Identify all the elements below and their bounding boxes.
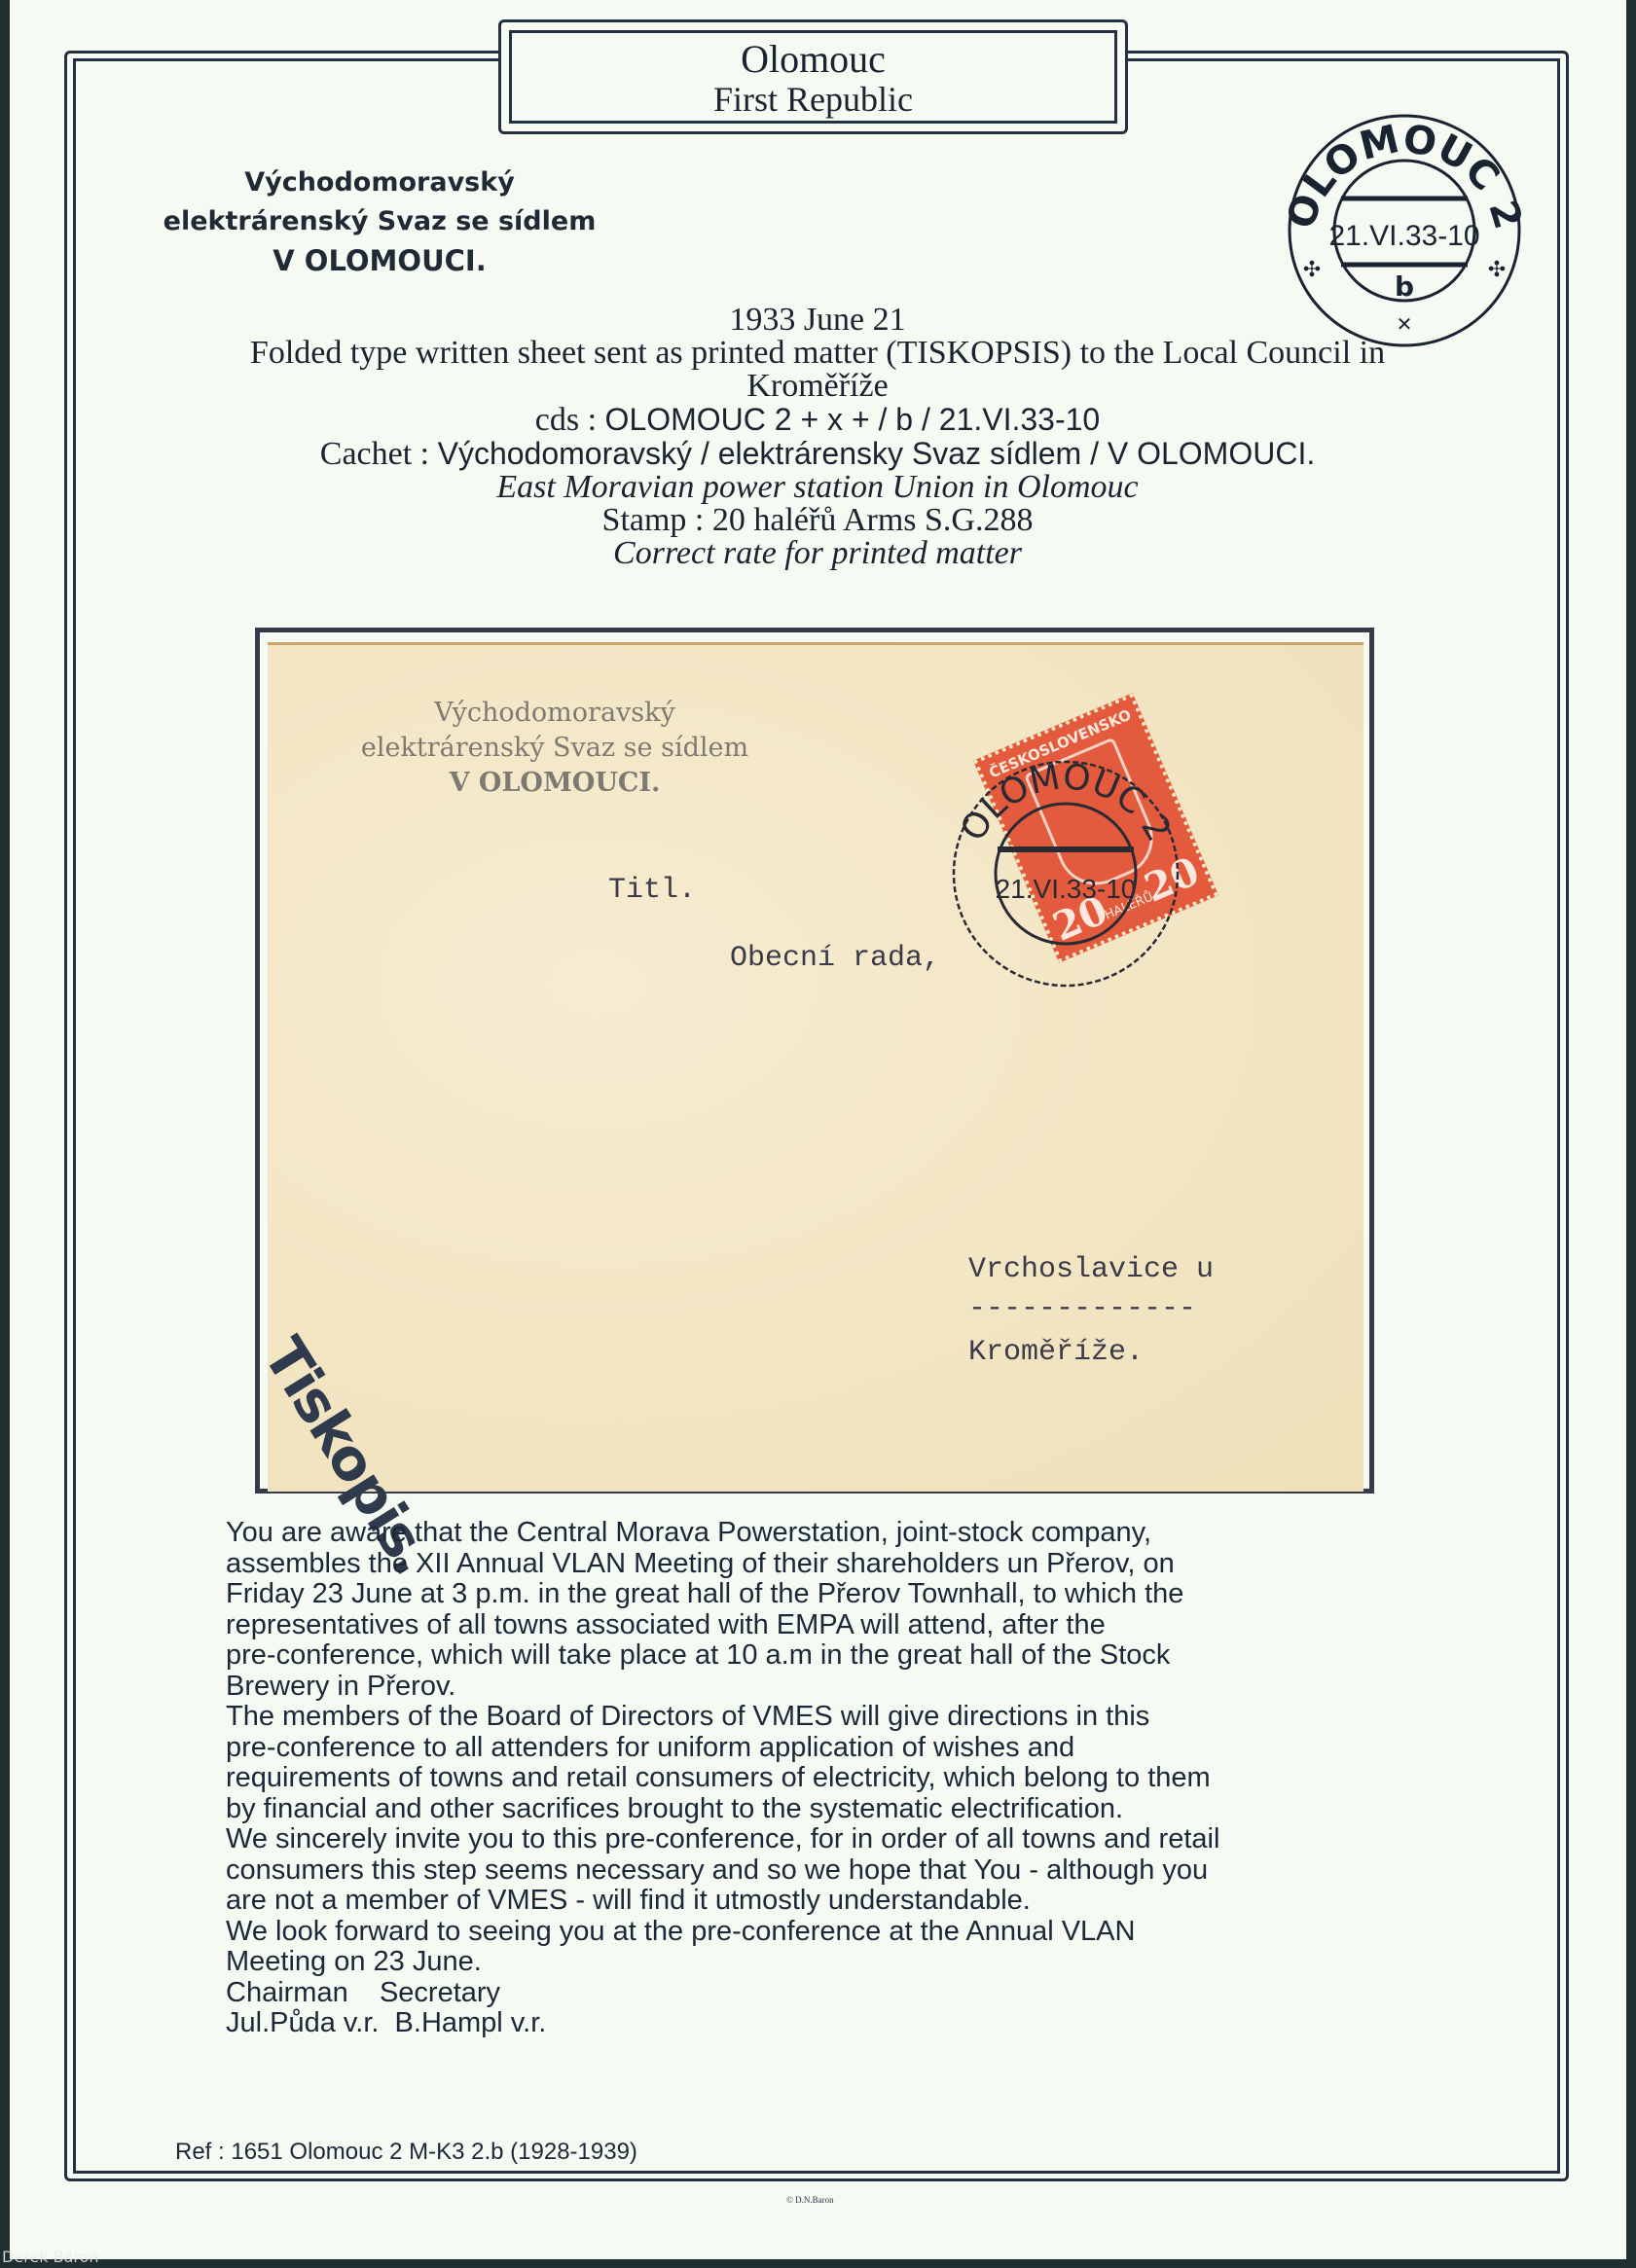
- letter-line: Meeting on 23 June.: [226, 1947, 1433, 1978]
- postmark-town: OLOMOUC 2: [1283, 117, 1526, 234]
- address-name: Obecní rada,: [730, 942, 940, 975]
- cover-postmark: OLOMOUC 2 21.VI.33-10: [944, 752, 1187, 995]
- letter-translation: You are aware that the Central Morava Po…: [226, 1518, 1433, 2039]
- letter-line: We look forward to seeing you at the pre…: [226, 1917, 1433, 1948]
- cover-image: Východomoravský elektrárenský Svaz se sí…: [268, 642, 1363, 1492]
- description-date: 1933 June 21: [136, 304, 1499, 337]
- letter-line: consumers this step seems necessary and …: [226, 1855, 1433, 1887]
- description-translation: East Moravian power station Union in Olo…: [136, 471, 1499, 504]
- title-box: Olomouc First Republic: [498, 19, 1128, 134]
- description: 1933 June 21 Folded type written sheet s…: [136, 304, 1499, 570]
- postmark-letter: b: [1395, 270, 1414, 303]
- postmark-date: 21.VI.33-10: [1328, 220, 1479, 252]
- cover-cachet: Východomoravský elektrárenský Svaz se sí…: [326, 696, 783, 801]
- description-line-2: Kroměříže: [136, 370, 1499, 403]
- description-cds: cds : OLOMOUC 2 + x + / b / 21.VI.33-10: [136, 403, 1499, 437]
- svg-text:OLOMOUC 2: OLOMOUC 2: [1283, 117, 1526, 234]
- copyright: © D.N.Baron: [786, 2195, 834, 2205]
- letter-line: You are aware that the Central Morava Po…: [226, 1518, 1433, 1549]
- cachet-line-2: elektrárenský Svaz se sídlem: [136, 202, 623, 241]
- cachet-line-1: Východomoravský: [136, 163, 623, 202]
- letter-line: pre-conference to all attenders for unif…: [226, 1733, 1433, 1764]
- letter-line: Jul.Půda v.r. B.Hampl v.r.: [226, 2008, 1433, 2039]
- address-town: Vrchoslavice u: [968, 1253, 1214, 1286]
- description-stamp: Stamp : 20 haléřů Arms S.G.288: [136, 504, 1499, 537]
- page-subtitle: First Republic: [512, 80, 1114, 119]
- svg-text:21.VI.33-10: 21.VI.33-10: [996, 874, 1137, 904]
- letter-line: representatives of all towns associated …: [226, 1610, 1433, 1641]
- letter-line: pre-conference, which will take place at…: [226, 1640, 1433, 1672]
- letter-line: are not a member of VMES - will find it …: [226, 1886, 1433, 1917]
- letter-line: requirements of towns and retail consume…: [226, 1763, 1433, 1794]
- letter-line: Chairman Secretary: [226, 1978, 1433, 2009]
- description-line-1: Folded type written sheet sent as printe…: [136, 337, 1499, 370]
- watermark: Derek Baron: [2, 2248, 99, 2266]
- page-title: Olomouc: [512, 39, 1114, 80]
- letter-line: assembles the XII Annual VLAN Meeting of…: [226, 1549, 1433, 1580]
- letter-line: We sincerely invite you to this pre-conf…: [226, 1824, 1433, 1855]
- ornament-right-icon: ✣: [1488, 257, 1506, 281]
- ornament-left-icon: ✣: [1303, 257, 1321, 281]
- address-district: Kroměříže.: [968, 1336, 1144, 1369]
- reference: Ref : 1651 Olomouc 2 M-K3 2.b (1928-1939…: [175, 2139, 637, 2166]
- address-title: Titl.: [608, 874, 696, 907]
- letter-line: by financial and other sacrifices brough…: [226, 1794, 1433, 1825]
- description-rate: Correct rate for printed matter: [136, 537, 1499, 570]
- cachet-line-3: V OLOMOUCI.: [136, 241, 623, 280]
- address-underline: -------------: [968, 1292, 1196, 1325]
- letter-line: Friday 23 June at 3 p.m. in the great ha…: [226, 1579, 1433, 1610]
- letter-line: Brewery in Přerov.: [226, 1672, 1433, 1703]
- letter-line: The members of the Board of Directors of…: [226, 1702, 1433, 1733]
- printed-cachet: Východomoravský elektrárenský Svaz se sí…: [136, 163, 623, 280]
- description-cachet: Cachet : Východomoravský / elektrárensky…: [136, 437, 1499, 471]
